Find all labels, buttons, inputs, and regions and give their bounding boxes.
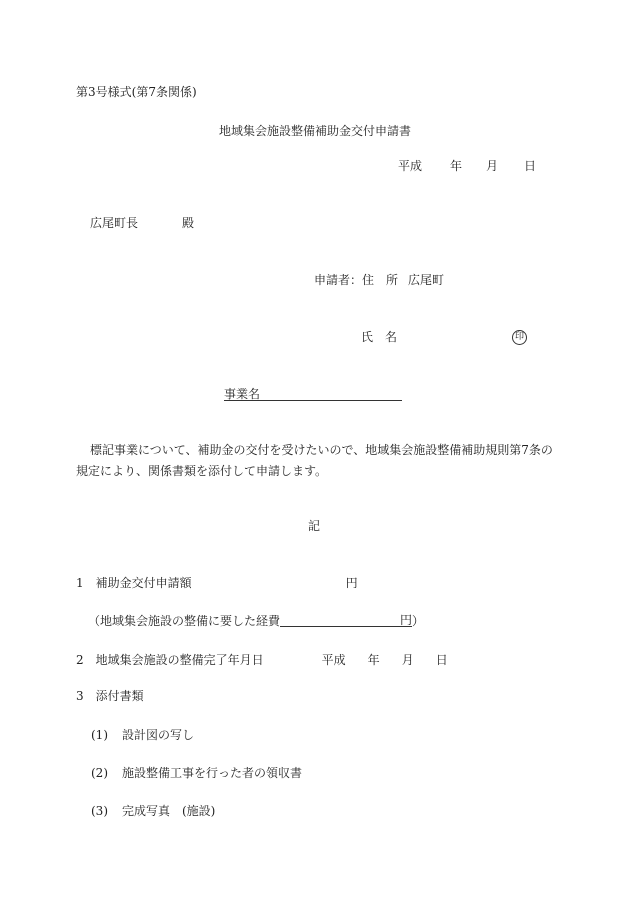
seal-mark: 印: [512, 329, 527, 345]
applicant-name-label: 氏 名: [361, 331, 397, 343]
document-title: 地域集会施設整備補助金交付申請書: [219, 125, 411, 137]
applicant-address-value: 広尾町: [408, 273, 444, 287]
item-1-number: 1: [76, 576, 84, 590]
project-name-field: 事業名: [224, 388, 402, 401]
seal-icon: 印: [512, 330, 527, 345]
date-day: 日: [524, 159, 536, 173]
item-2-number: 2: [76, 653, 84, 667]
attachment-3-number: (3): [91, 804, 108, 818]
item-1-sub-label: （地域集会施設の整備に要した経費: [88, 614, 280, 628]
body-text-line-2: 規定により、関係書類を添付して申請します。: [76, 465, 327, 477]
attachment-2-number: (2): [91, 766, 108, 780]
item-2: 2地域集会施設の整備完了年月日平成年月日: [76, 654, 448, 666]
application-date: 平成年月日: [398, 160, 536, 172]
expense-unit: 円: [400, 613, 412, 627]
ki-heading: 記: [308, 520, 320, 532]
date-year: 年: [450, 159, 462, 173]
attachment-3-label: 完成写真 (施設): [122, 804, 215, 818]
item-1-sub: （地域集会施設の整備に要した経費円）: [88, 614, 424, 627]
item-2-year: 年: [368, 653, 380, 667]
form-number: 第3号様式(第7条関係): [76, 86, 197, 98]
item-3-number: 3: [76, 689, 84, 703]
date-month: 月: [486, 159, 498, 173]
date-era: 平成: [398, 159, 422, 173]
applicant-address: 申請者：住 所広尾町: [314, 274, 444, 286]
item-3: 3添付書類: [76, 690, 144, 702]
addressee-honorific: 殿: [182, 216, 194, 230]
item-2-day: 日: [436, 653, 448, 667]
applicant-address-label: 申請者：住 所: [314, 273, 398, 287]
addressee-name: 広尾町長: [90, 216, 138, 230]
item-1-unit: 円: [346, 576, 358, 590]
item-2-era: 平成: [322, 653, 346, 667]
attachment-2-label: 施設整備工事を行った者の領収書: [122, 766, 302, 780]
project-name-label: 事業名: [224, 387, 260, 401]
item-1: 1補助金交付申請額円: [76, 577, 358, 589]
item-1-label: 補助金交付申請額: [96, 576, 192, 590]
attachment-1-label: 設計図の写し: [122, 728, 194, 742]
attachment-1-number: (1): [91, 728, 108, 742]
attachment-2: (2)施設整備工事を行った者の領収書: [91, 767, 302, 779]
attachment-3: (3)完成写真 (施設): [91, 805, 215, 817]
body-text-line-1: 標記事業について、補助金の交付を受けたいので、地域集会施設整備補助規則第7条の: [90, 444, 553, 456]
item-1-sub-close: ）: [412, 614, 424, 628]
addressee: 広尾町長殿: [90, 217, 194, 229]
attachment-1: (1)設計図の写し: [91, 729, 194, 741]
item-2-label: 地域集会施設の整備完了年月日: [96, 653, 264, 667]
item-3-label: 添付書類: [96, 689, 144, 703]
item-2-month: 月: [402, 653, 414, 667]
expense-underline: 円: [280, 614, 412, 627]
project-name-underline: 事業名: [224, 388, 402, 401]
